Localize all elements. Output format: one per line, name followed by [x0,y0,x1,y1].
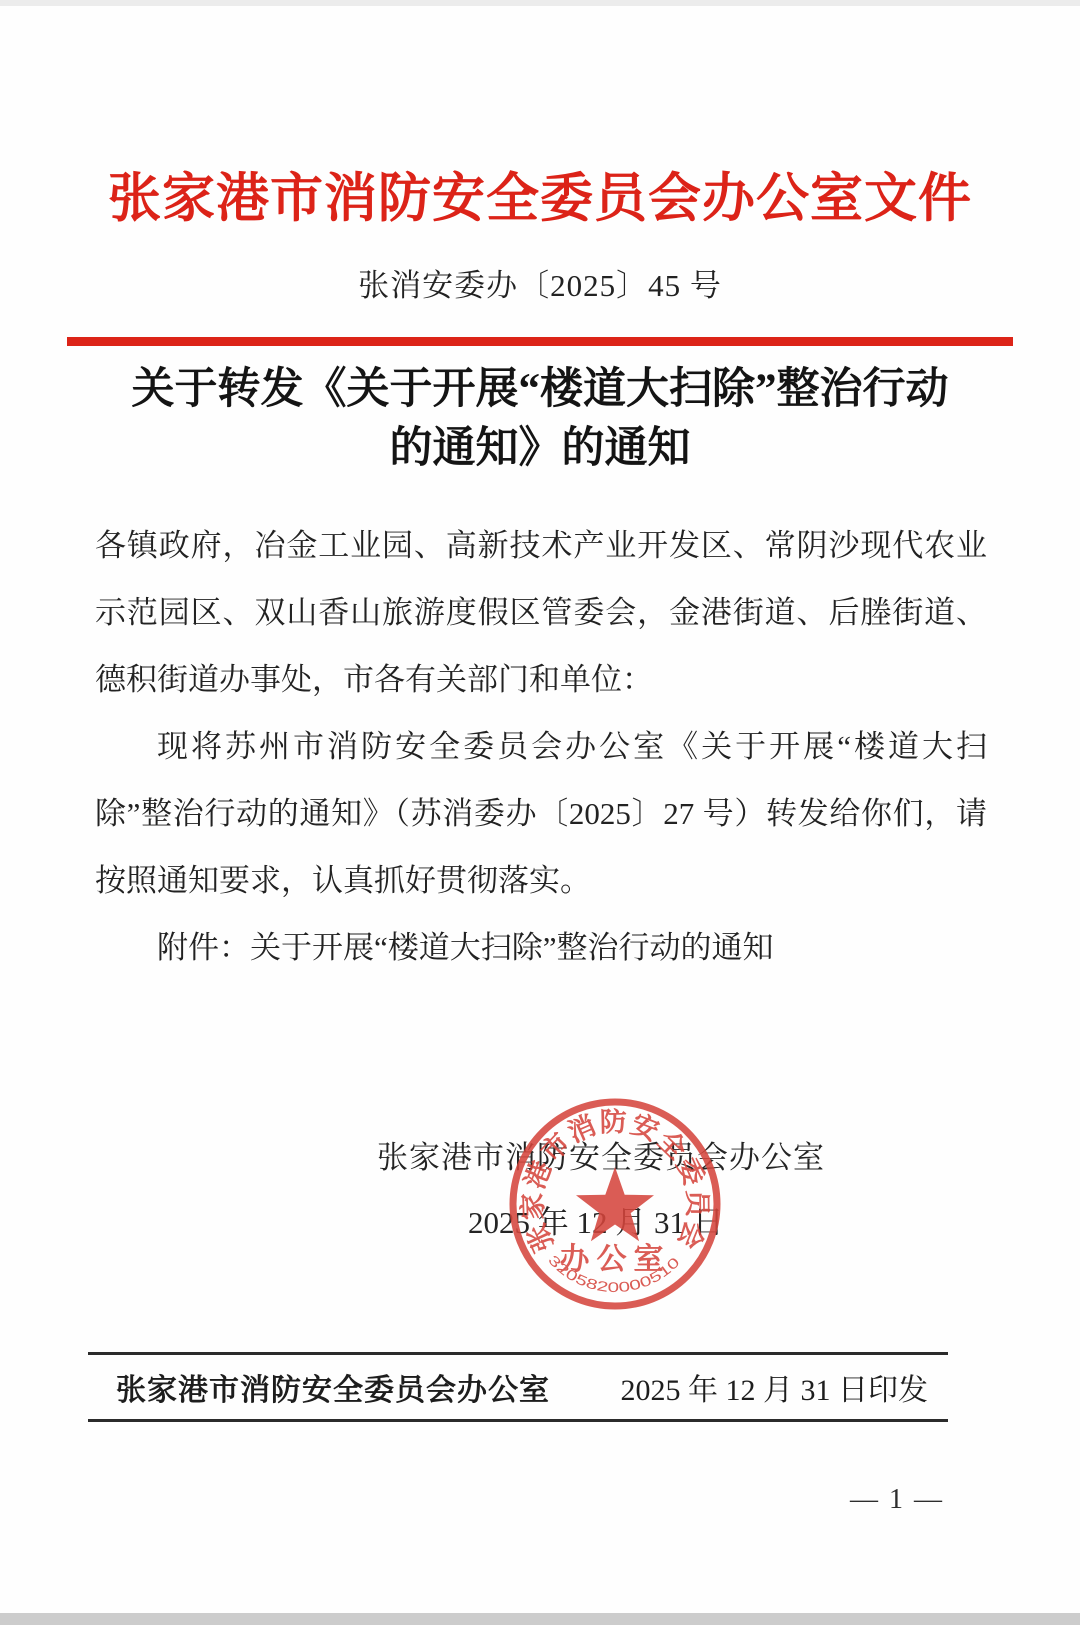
footer-issuer: 张家港市消防安全委员会办公室 [116,1365,550,1409]
footer-row: 张家港市消防安全委员会办公室 2025 年 12 月 31 日印发 [88,1362,948,1412]
red-divider-line [67,337,1013,346]
main-paragraph: 现将苏州市消防安全委员会办公室《关于开展“楼道大扫除”整治行动的通知》（苏消委办… [95,713,987,914]
attachment-line: 附件：关于开展“楼道大扫除”整治行动的通知 [95,914,987,981]
document-title-line1: 关于转发《关于开展“楼道大扫除”整治行动 [0,360,1080,419]
scan-edge-bottom [0,1613,1080,1625]
footer-top-rule [88,1352,948,1355]
red-header-org-title: 张家港市消防安全委员会办公室文件 [0,156,1080,232]
footer-bottom-rule [88,1419,948,1422]
document-body: 各镇政府，冶金工业园、高新技术产业开发区、常阴沙现代农业示范园区、双山香山旅游度… [95,512,987,981]
recipients-paragraph: 各镇政府，冶金工业园、高新技术产业开发区、常阴沙现代农业示范园区、双山香山旅游度… [95,512,987,713]
document-title-line2: 的通知》的通知 [0,419,1080,478]
official-red-seal-icon: 张家港市消防安全委员会 办公室 3205820000510 [505,1094,725,1314]
page-number: — 1 — [850,1484,944,1516]
document-page: 张家港市消防安全委员会办公室文件 张消安委办〔2025〕45 号 关于转发《关于… [0,0,1080,1625]
seal-star-icon [576,1167,654,1241]
document-number: 张消安委办〔2025〕45 号 [0,260,1080,305]
footer-print-date: 2025 年 12 月 31 日印发 [621,1365,929,1409]
scan-edge-top [0,0,1080,6]
document-title: 关于转发《关于开展“楼道大扫除”整治行动 的通知》的通知 [0,360,1080,478]
